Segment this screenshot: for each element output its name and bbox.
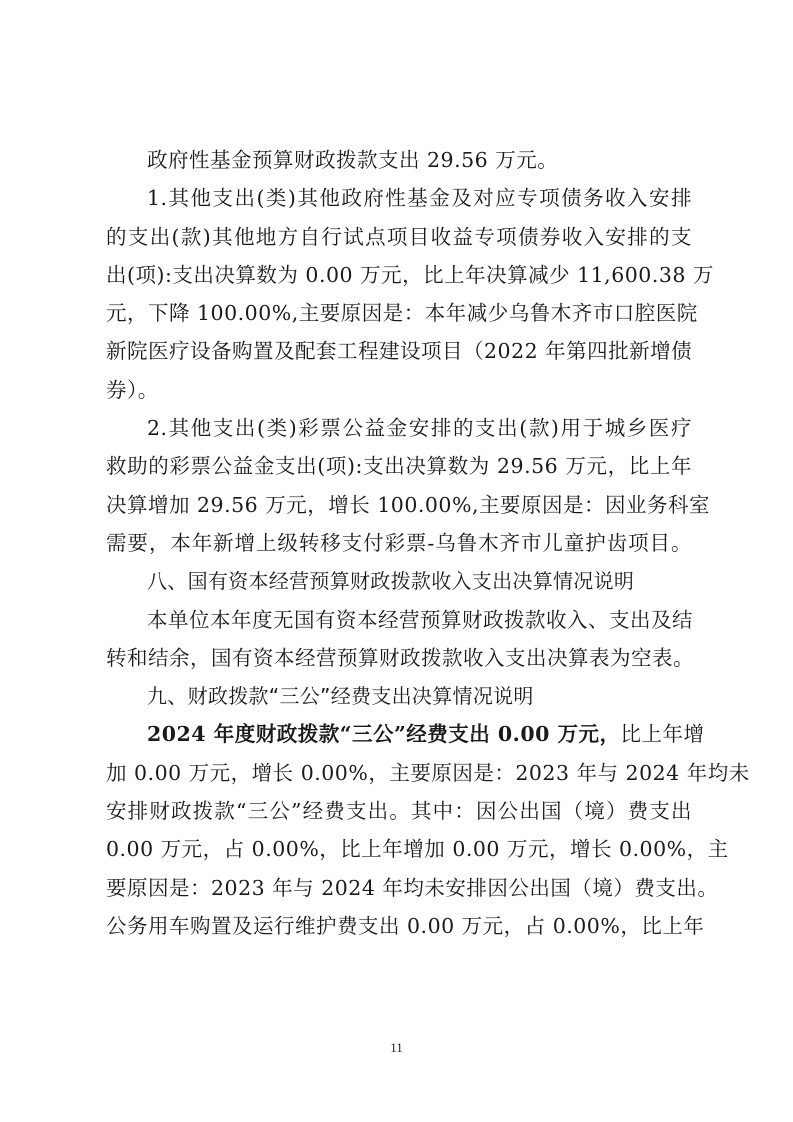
- paragraph-line: 需要，本年新增上级转移支付彩票-乌鲁木齐市儿童护齿项目。: [106, 524, 692, 562]
- paragraph-line: 券）。: [106, 371, 692, 409]
- paragraph-line: 加 0.00 万元，增长 0.00%，主要原因是：2023 年与 2024 年均…: [106, 754, 692, 792]
- summary-line: 2024 年度财政拨款“三公”经费支出 0.00 万元，比上年增: [106, 715, 692, 753]
- paragraph-line: 公务用车购置及运行维护费支出 0.00 万元，占 0.00%，比上年: [106, 907, 692, 945]
- paragraph-line: 出(项):支出决算数为 0.00 万元，比上年决算减少 11,600.38 万: [106, 256, 692, 294]
- paragraph-line: 本单位本年度无国有资本经营预算财政拨款收入、支出及结: [106, 601, 692, 639]
- paragraph-line: 0.00 万元，占 0.00%，比上年增加 0.00 万元，增长 0.00%，主: [106, 830, 692, 868]
- paragraph-line: 政府性基金预算财政拨款支出 29.56 万元。: [106, 141, 692, 179]
- page-number: 11: [0, 1040, 793, 1056]
- section-heading-8: 八、国有资本经营预算财政拨款收入支出决算情况说明: [106, 562, 692, 600]
- paragraph-line: 新院医疗设备购置及配套工程建设项目（2022 年第四批新增债: [106, 332, 692, 370]
- summary-rest-text: 比上年增: [620, 722, 704, 746]
- paragraph-line: 元，下降 100.00%,主要原因是：本年减少乌鲁木齐市口腔医院: [106, 294, 692, 332]
- paragraph-line: 决算增加 29.56 万元，增长 100.00%,主要原因是：因业务科室: [106, 486, 692, 524]
- paragraph-line: 救助的彩票公益金支出(项):支出决算数为 29.56 万元，比上年: [106, 447, 692, 485]
- paragraph-line: 要原因是：2023 年与 2024 年均未安排因公出国（境）费支出。: [106, 869, 692, 907]
- paragraph-line: 2.其他支出(类)彩票公益金安排的支出(款)用于城乡医疗: [106, 409, 692, 447]
- document-body: 政府性基金预算财政拨款支出 29.56 万元。 1.其他支出(类)其他政府性基金…: [106, 141, 692, 945]
- summary-bold-text: 2024 年度财政拨款“三公”经费支出 0.00 万元，: [147, 722, 620, 746]
- paragraph-line: 的支出(款)其他地方自行试点项目收益专项债券收入安排的支: [106, 218, 692, 256]
- paragraph-line: 安排财政拨款“三公”经费支出。其中：因公出国（境）费支出: [106, 792, 692, 830]
- paragraph-line: 转和结余，国有资本经营预算财政拨款收入支出决算表为空表。: [106, 639, 692, 677]
- section-heading-9: 九、财政拨款“三公”经费支出决算情况说明: [106, 677, 692, 715]
- paragraph-line: 1.其他支出(类)其他政府性基金及对应专项债务收入安排: [106, 179, 692, 217]
